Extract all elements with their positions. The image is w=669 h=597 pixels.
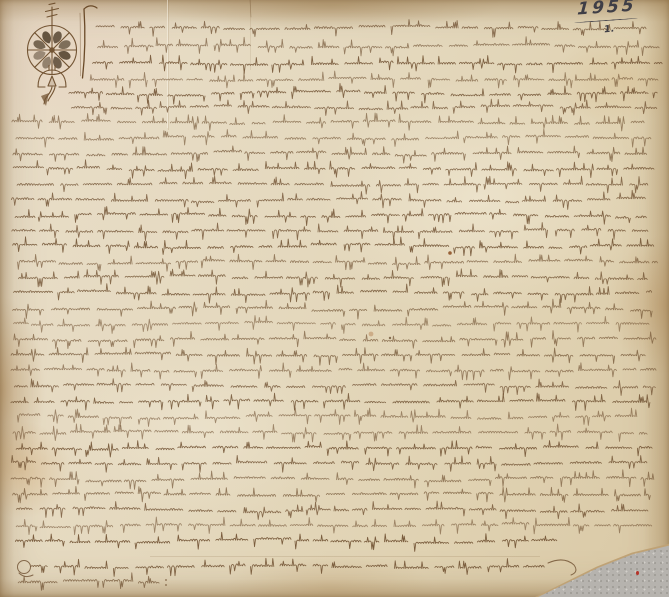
script-line [11,470,654,490]
script-line [14,284,652,303]
script-line [90,71,658,88]
script-line [96,20,646,38]
script-line [11,393,650,410]
handwriting-lines [11,20,662,591]
cross-finial-icon [46,3,59,25]
script-line [14,379,655,396]
script-line [69,83,657,104]
script-line [14,316,649,334]
script-line [13,146,647,163]
script-line [31,558,544,576]
script-line [16,441,652,457]
script-line [11,347,645,365]
script-line [12,223,648,241]
script-line [18,573,159,591]
manuscript-photo: 1955 1. [0,0,669,597]
manuscript-art [0,0,669,597]
script-line [11,363,656,380]
script-line [14,331,656,349]
script-line [13,424,647,442]
archive-number-stamp: 1955 1. [570,1,650,33]
script-line [19,269,648,287]
script-line [71,99,656,115]
script-line [17,176,648,194]
script-line [93,55,662,73]
script-line [16,129,651,147]
script-line [13,486,651,502]
script-line [13,160,654,179]
script-line [15,207,646,226]
script-line [16,517,651,535]
script-line [13,299,652,319]
archive-number: 1955 [569,0,650,19]
rota-wheel-icon [28,3,77,106]
script-line [98,37,659,56]
docket-flourishes [18,560,576,586]
script-line [17,501,648,519]
script-line [12,113,644,131]
script-line [17,408,636,427]
script-line [15,532,556,551]
script-line [13,237,654,256]
script-line [18,254,658,271]
red-dot-mark [636,571,639,575]
script-line [12,455,647,472]
